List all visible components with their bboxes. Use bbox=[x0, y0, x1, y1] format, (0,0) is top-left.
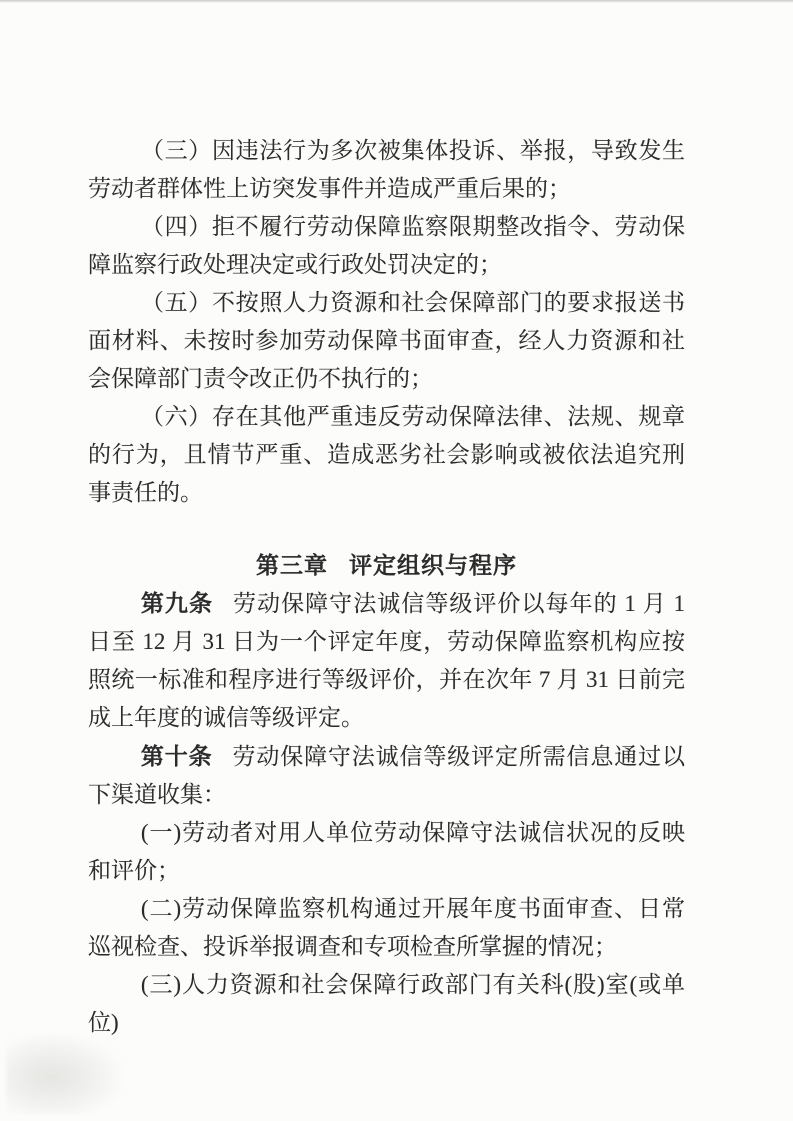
chapter-title: 评定组织与程序 bbox=[349, 552, 517, 578]
document-page: （三）因违法行为多次被集体投诉、举报，导致发生劳动者群体性上访突发事件并造成严重… bbox=[0, 0, 793, 1121]
clause-item-4: （四）拒不履行劳动保障监察限期整改指令、劳动保障监察行政处理决定或行政处罚决定的… bbox=[88, 208, 685, 284]
article-10-item-2: (二)劳动保障监察机构通过开展年度书面审查、日常巡视检查、投诉举报调查和专项检查… bbox=[88, 890, 685, 966]
clause-item-6: （六）存在其他严重违反劳动保障法律、法规、规章的行为，且情节严重、造成恶劣社会影… bbox=[88, 398, 685, 512]
chapter-number: 第三章 bbox=[256, 552, 328, 578]
scan-smudge-artifact bbox=[6, 1032, 126, 1114]
article-10-paragraph: 第十条劳动保障守法诚信等级评定所需信息通过以下渠道收集： bbox=[88, 737, 685, 814]
scan-top-edge-artifact bbox=[0, 0, 793, 3]
article-9-paragraph: 第九条劳动保障守法诚信等级评价以每年的 1 月 1 日至 12 月 31 日为一… bbox=[88, 584, 685, 737]
article-10-item-1: (一)劳动者对用人单位劳动保障守法诚信状况的反映和评价； bbox=[88, 814, 685, 890]
clause-item-5: （五）不按照人力资源和社会保障部门的要求报送书面材料、未按时参加劳动保障书面审查… bbox=[88, 284, 685, 398]
document-content: （三）因违法行为多次被集体投诉、举报，导致发生劳动者群体性上访突发事件并造成严重… bbox=[88, 132, 685, 1042]
article-10-item-3: (三)人力资源和社会保障行政部门有关科(股)室(或单位) bbox=[88, 966, 685, 1042]
chapter-heading: 第三章评定组织与程序 bbox=[88, 546, 685, 584]
article-10-number: 第十条 bbox=[141, 743, 213, 769]
clause-item-3: （三）因违法行为多次被集体投诉、举报，导致发生劳动者群体性上访突发事件并造成严重… bbox=[88, 132, 685, 208]
article-9-number: 第九条 bbox=[141, 590, 213, 616]
